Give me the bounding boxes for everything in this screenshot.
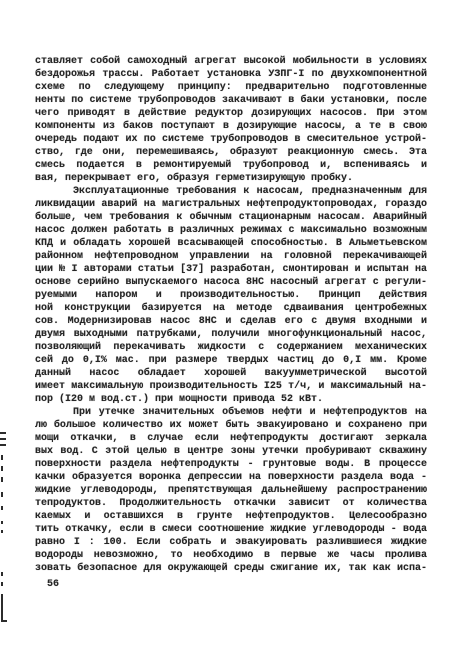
text-line: мощи откачки, в случае если нефтепродукт… bbox=[35, 432, 427, 445]
text-line: чего приводят в действие редуктор дозиру… bbox=[35, 107, 427, 120]
scan-artifact bbox=[1, 572, 3, 576]
text-line: Эксплуатационные требования к насосам, п… bbox=[35, 185, 427, 198]
text-line: ной конструкции базируется на методе сдв… bbox=[35, 302, 427, 315]
scan-artifact bbox=[1, 620, 7, 622]
scan-artifact bbox=[0, 438, 6, 440]
scan-artifact bbox=[1, 530, 3, 533]
text-line: качки образуется воронка депрессии на по… bbox=[35, 471, 427, 484]
text-line: районном нефтепроводном управлении на го… bbox=[35, 250, 427, 263]
scan-artifact bbox=[1, 492, 3, 497]
text-line: поверхности раздела нефтепродукты - грун… bbox=[35, 458, 427, 471]
text-line: ненты по системе трубопроводов закачиваю… bbox=[35, 94, 427, 107]
text-line: ство, где они, перемешиваясь, образуют р… bbox=[35, 146, 427, 159]
text-line: равно I : 100. Если собрать и эвакуирова… bbox=[35, 536, 427, 549]
text-line: насос должен работать в различных режима… bbox=[35, 224, 427, 237]
scan-artifact bbox=[1, 521, 3, 524]
text-line: очередь подают их по системе трубопровод… bbox=[35, 133, 427, 146]
text-line: двумя выходными патрубками, получили мно… bbox=[35, 328, 427, 341]
paragraph: При утечке значительных объемов нефти и … bbox=[35, 406, 427, 575]
text-line: имеет максимальную производительность I2… bbox=[35, 380, 427, 393]
scan-artifact bbox=[1, 455, 3, 460]
page-number: 56 bbox=[47, 579, 59, 590]
text-line: ликвидации аварий на магистральных нефте… bbox=[35, 198, 427, 211]
text-line: ставляет собой самоходный агрегат высоко… bbox=[35, 55, 427, 68]
text-line: тепродуктов. Продолжительность откачки з… bbox=[35, 497, 427, 510]
scan-artifact bbox=[1, 594, 3, 622]
text-line: схеме по следующему принципу: предварите… bbox=[35, 81, 427, 94]
text-line: зовать безопасное для окружающей среды с… bbox=[35, 562, 427, 575]
text-line: позволяющий перекачивать жидкости с соде… bbox=[35, 341, 427, 354]
text-line: руемыми напором и производительностью. П… bbox=[35, 289, 427, 302]
text-block: ставляет собой самоходный агрегат высоко… bbox=[35, 55, 427, 575]
text-line: компоненты из баков поступают в дозирующ… bbox=[35, 120, 427, 133]
text-line: КПД и обладать хорошей всасывающей спосо… bbox=[35, 237, 427, 250]
text-line: данный насос обладает хорошей вакуумметр… bbox=[35, 367, 427, 380]
paragraph: ставляет собой самоходный агрегат высоко… bbox=[35, 55, 427, 185]
text-line: жидкие углеводороды, препятствующая даль… bbox=[35, 484, 427, 497]
scan-artifact bbox=[0, 432, 6, 434]
paragraph: Эксплуатационные требования к насосам, п… bbox=[35, 185, 427, 406]
text-line: больше, чем требования к обычным стацион… bbox=[35, 211, 427, 224]
text-line: вых вод. С этой целью в центре зоны утеч… bbox=[35, 445, 427, 458]
text-line: каемых и оставшихся в грунте нефтепродук… bbox=[35, 510, 427, 523]
scan-artifact bbox=[0, 444, 6, 446]
text-line: смесь подается в ремонтируемый трубопров… bbox=[35, 159, 427, 172]
text-line: лю большое количество их может быть эвак… bbox=[35, 419, 427, 432]
text-line: ции № I авторами статьи [37] разработан,… bbox=[35, 263, 427, 276]
text-line: При утечке значительных объемов нефти и … bbox=[35, 406, 427, 419]
scan-artifact bbox=[1, 466, 3, 471]
scan-artifact bbox=[1, 582, 3, 586]
page: ставляет собой самоходный агрегат высоко… bbox=[0, 0, 450, 662]
text-line: водороды невозможно, то необходимо в пер… bbox=[35, 549, 427, 562]
text-line: основе серийно выпускаемого насоса 8НС н… bbox=[35, 276, 427, 289]
text-line: сей до 0,I% мас. при размере твердых час… bbox=[35, 354, 427, 367]
scan-artifact bbox=[1, 477, 3, 482]
text-line: вая, перекрывает его, образуя герметизир… bbox=[35, 172, 427, 185]
text-line: тить откачку, если в смеси соотношение ж… bbox=[35, 523, 427, 536]
text-line: сов. Модернизировав насос 8НС и сделав е… bbox=[35, 315, 427, 328]
text-line: бездорожья трассы. Работает установка УЗ… bbox=[35, 68, 427, 81]
scan-artifact bbox=[1, 506, 3, 510]
text-line: пор (I20 м вод.ст.) при мощности привода… bbox=[35, 393, 427, 406]
